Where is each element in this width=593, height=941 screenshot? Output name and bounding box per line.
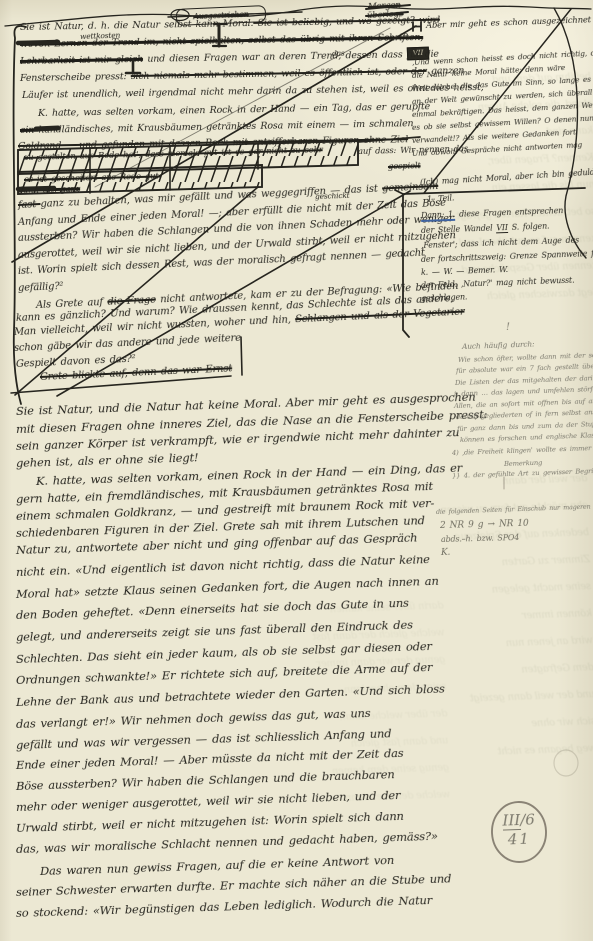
crossed-line-text: Sie ist beliebig, und wo gezeigt? wird: [253, 15, 440, 29]
margin-aside-sub: 1. Teil.: [427, 193, 455, 204]
crossed-line: Lehrbarkeit ist mir gleich und diesen Fr…: [20, 49, 439, 67]
fragment-text: dann tat, ganz: [18, 184, 80, 196]
pencil-note-line: i. dann … das lagen und umfehlen störfen: [454, 385, 593, 398]
margin-note-line-text: VII: [496, 223, 508, 233]
pencil-note-line: Auch häufig durch:: [462, 339, 535, 351]
insert-word: wettkosten: [80, 31, 120, 41]
pencil-note-line-text: i. dann … das lagen und umfehlen störfen: [454, 385, 593, 398]
crossed-line: gefällig?²: [18, 281, 64, 294]
formula-line-text: K.: [441, 548, 450, 558]
pencil-note-line-text: 4) ‚die Freiheit klingen' wollte es imme…: [452, 443, 593, 457]
archive-number-bottom: 41: [495, 829, 544, 849]
insert-word-text: das: [332, 49, 345, 58]
insert-word: das: [332, 49, 345, 58]
crossed-line: Sie ist Natur, d. h. die Natur selbst ka…: [20, 15, 440, 33]
pencil-note-line: können es forschen und englische Klassen…: [460, 431, 593, 444]
fragment-text: es ist gescheitert aus Rede gut,: [24, 171, 161, 185]
crossed-line-text: sich niemals mehr bestimmen, weil es öff…: [131, 66, 427, 82]
insert-word: geschickt: [315, 191, 350, 201]
pencil-note-line-text: Bemerkung: [504, 459, 542, 468]
pencil-note-line: Bemerkung: [504, 459, 542, 468]
crossed-line-text: Sie ist Natur, d. h. die Natur selbst ka…: [20, 18, 253, 33]
insert-word-text: geschickt: [315, 191, 350, 201]
margin-note-line-text: geschlagen.: [421, 292, 468, 303]
insert-word-text: wettkosten: [80, 31, 120, 41]
manuscript-page: bei ihm auf dem und stand, die solche Au…: [0, 0, 593, 941]
body-line: gehen ist, als er ohne sie liegt!: [16, 450, 199, 470]
margin-note-line-text: Dann: 1.: [421, 210, 456, 222]
margin-note-line-text: S. folgen.: [508, 222, 550, 232]
crossed-line: Fensterscheibe presst: sich niemals mehr…: [20, 65, 464, 84]
body-line-text: gehen ist, als er ohne sie liegt!: [16, 450, 199, 470]
archive-number-top: III/6: [494, 810, 543, 830]
crossed-line-text: K. hatte, was selten vorkam, einen Rock …: [38, 101, 430, 119]
insert-annotation: Aber mir geht es schon ausgezeichnet: [426, 15, 591, 31]
crossed-line-text: die Frage: [107, 295, 156, 308]
margin-note-line: geschlagen.: [421, 292, 468, 303]
margin-aside-sub-text: 1. Teil.: [427, 193, 455, 204]
crossed-line: K. hatte, was selten vorkam, einen Rock …: [38, 101, 430, 119]
pencil-note-line: Wie schon öfter, wollte dann mit der sel…: [458, 350, 593, 364]
crossed-line: ein handländisches, mit Krausbäumen getr…: [20, 118, 414, 136]
crossed-line-text: gefällig?²: [18, 281, 64, 294]
fragment-text: gespielt: [388, 161, 421, 172]
crossed-line-text: handländisches, mit Krausbäumen getränkt…: [38, 118, 413, 136]
pencil-note-line-text: Wie schon öfter, wollte dann mit der sel…: [458, 350, 593, 364]
formula-line: K.: [441, 548, 450, 558]
fragment: es ist gescheitert aus Rede gut,: [24, 171, 161, 185]
crossed-line-text: Lehrbarkeit ist mir gleich: [20, 54, 143, 67]
fragment: dann tat, ganz: [18, 184, 80, 196]
pencil-exclaim: !: [506, 322, 510, 333]
crossed-line-text: Fensterscheibe presst:: [20, 71, 131, 84]
crossed-line-text: und diesen Fragen war an deren Trend, de…: [143, 49, 439, 65]
crossed-line-text: fast: [18, 199, 41, 211]
pencil-note-line-text: Auch häufig durch:: [462, 339, 535, 351]
pencil-note-line-text: können es forschen und englische Klassen…: [460, 431, 593, 444]
pencil-note-line: 4) ‚die Freiheit klingen' wollte es imme…: [452, 443, 593, 457]
crossed-line-text: ein: [20, 125, 39, 136]
pencil-exclaim-text: !: [506, 322, 510, 333]
archive-mark: III/6 41: [494, 810, 543, 849]
fragment: gespielt: [388, 161, 421, 172]
